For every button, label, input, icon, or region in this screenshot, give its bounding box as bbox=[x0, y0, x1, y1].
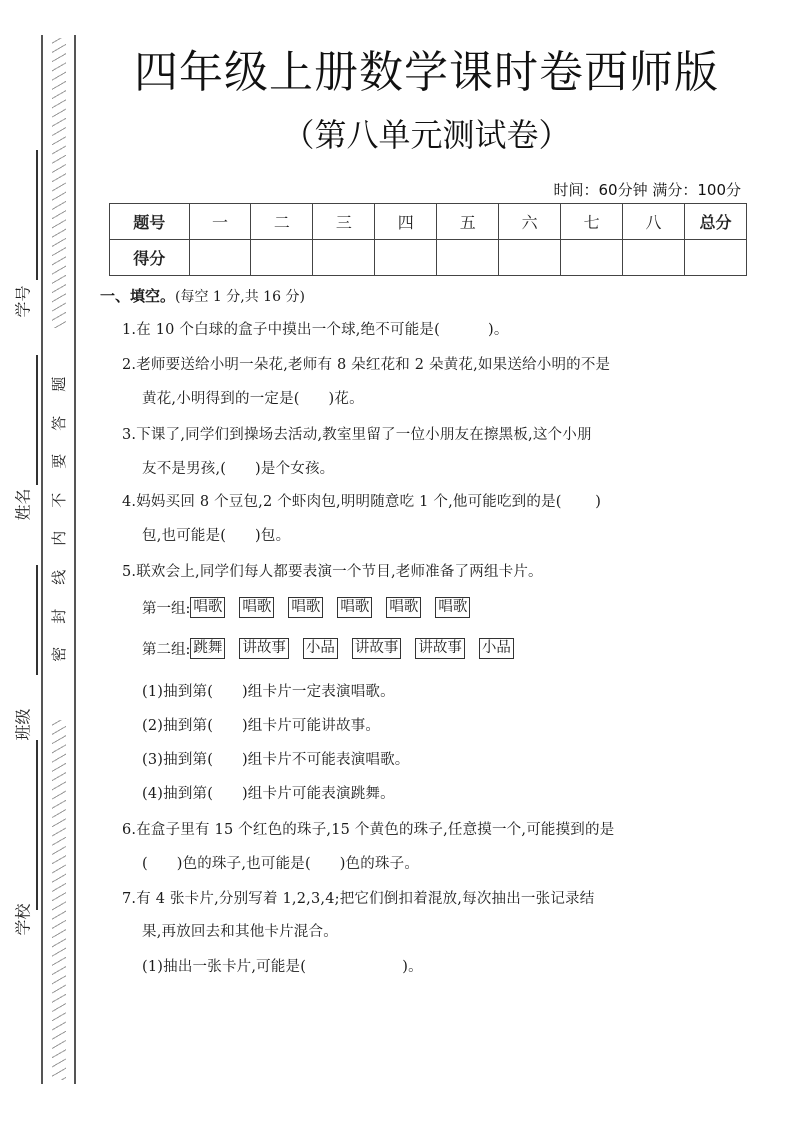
seal-char: 不 bbox=[41, 493, 80, 508]
seal-char: 封 bbox=[41, 608, 80, 623]
card: 唱歌 bbox=[386, 597, 421, 618]
page-subtitle: （第八单元测试卷） bbox=[0, 110, 793, 156]
score-cell[interactable] bbox=[561, 240, 623, 276]
card: 小品 bbox=[479, 638, 514, 659]
student-number-label: 学号 bbox=[11, 286, 34, 318]
column-header: 五 bbox=[437, 204, 499, 240]
column-header: 七 bbox=[561, 204, 623, 240]
question-5-sub-3: (3)抽到第( )组卡片不可能表演唱歌。 bbox=[142, 748, 410, 769]
score-table-header-row: 题号 一 二 三 四 五 六 七 八 总分 bbox=[110, 204, 747, 240]
card: 唱歌 bbox=[288, 597, 323, 618]
row-label-question-number: 题号 bbox=[110, 204, 190, 240]
question-7-sub-1: (1)抽出一张卡片,可能是( )。 bbox=[142, 955, 423, 976]
section-title: 一、填空。 bbox=[100, 287, 175, 305]
exam-time-score: 时间：60分钟 满分：100分 bbox=[554, 179, 742, 200]
class-line[interactable] bbox=[36, 565, 38, 675]
question-7-line-1: 7.有 4 张卡片,分别写着 1,2,3,4;把它们倒扣着混放,每次抽出一张记录… bbox=[122, 887, 594, 908]
score-table-score-row: 得分 bbox=[110, 240, 747, 276]
question-2-line-1: 2.老师要送给小明一朵花,老师有 8 朵红花和 2 朵黄花,如果送给小明的不是 bbox=[122, 353, 610, 374]
page-title: 四年级上册数学课时卷西师版 bbox=[0, 36, 793, 100]
section-note: (每空 1 分,共 16 分) bbox=[175, 289, 305, 305]
student-name-label: 姓名 bbox=[11, 489, 34, 521]
card: 唱歌 bbox=[435, 597, 470, 618]
student-name-line[interactable] bbox=[36, 355, 38, 485]
student-name-field[interactable]: 姓名 bbox=[6, 355, 38, 535]
question-2-line-2: 黄花,小明得到的一定是( )花。 bbox=[142, 387, 364, 408]
column-header: 四 bbox=[375, 204, 437, 240]
column-header-total: 总分 bbox=[685, 204, 747, 240]
question-4-line-1: 4.妈妈买回 8 个豆包,2 个虾肉包,明明随意吃 1 个,他可能吃到的是( ) bbox=[122, 490, 601, 511]
binding-hatch-bottom bbox=[52, 720, 66, 1080]
seal-char: 题 bbox=[41, 377, 80, 392]
column-header: 二 bbox=[251, 204, 313, 240]
question-5-sub-2: (2)抽到第( )组卡片可能讲故事。 bbox=[142, 714, 380, 735]
score-table: 题号 一 二 三 四 五 六 七 八 总分 得分 bbox=[109, 203, 747, 276]
score-cell[interactable] bbox=[189, 240, 251, 276]
score-cell-total[interactable] bbox=[685, 240, 747, 276]
question-4-line-2: 包,也可能是( )包。 bbox=[142, 524, 290, 545]
question-3-line-2: 友不是男孩,( )是个女孩。 bbox=[142, 457, 334, 478]
card-group-1: 第一组: 唱歌 唱歌 唱歌 唱歌 唱歌 唱歌 bbox=[142, 597, 470, 618]
column-header: 六 bbox=[499, 204, 561, 240]
score-cell[interactable] bbox=[437, 240, 499, 276]
card-group-2-label: 第二组: bbox=[142, 638, 190, 659]
card: 讲故事 bbox=[415, 638, 465, 659]
card-group-2: 第二组: 跳舞 讲故事 小品 讲故事 讲故事 小品 bbox=[142, 638, 514, 659]
seal-char: 内 bbox=[41, 531, 80, 546]
card: 唱歌 bbox=[337, 597, 372, 618]
score-cell[interactable] bbox=[251, 240, 313, 276]
card: 讲故事 bbox=[239, 638, 289, 659]
question-6-line-2: ( )色的珠子,也可能是( )色的珠子。 bbox=[142, 852, 419, 873]
question-7-line-2: 果,再放回去和其他卡片混合。 bbox=[142, 920, 338, 941]
row-label-score: 得分 bbox=[110, 240, 190, 276]
card: 唱歌 bbox=[239, 597, 274, 618]
score-cell[interactable] bbox=[313, 240, 375, 276]
card: 跳舞 bbox=[190, 638, 225, 659]
card-group-1-label: 第一组: bbox=[142, 597, 190, 618]
binding-line-inner bbox=[74, 35, 76, 1084]
school-field[interactable]: 学校 bbox=[6, 740, 38, 940]
question-5-sub-1: (1)抽到第( )组卡片一定表演唱歌。 bbox=[142, 680, 395, 701]
question-1: 1.在 10 个白球的盒子中摸出一个球,绝不可能是( )。 bbox=[122, 318, 509, 339]
question-5-sub-4: (4)抽到第( )组卡片可能表演跳舞。 bbox=[142, 782, 395, 803]
question-5: 5.联欢会上,同学们每人都要表演一个节目,老师准备了两组卡片。 bbox=[122, 560, 543, 581]
card: 讲故事 bbox=[352, 638, 402, 659]
question-3-line-1: 3.下课了,同学们到操场去活动,教室里留了一位小朋友在擦黑板,这个小朋 bbox=[122, 423, 592, 444]
class-label: 班级 bbox=[11, 709, 34, 741]
binding-line-outer bbox=[41, 35, 43, 1084]
column-header: 八 bbox=[623, 204, 685, 240]
student-number-field[interactable]: 学号 bbox=[6, 150, 38, 330]
seal-line-notice: 题 答 要 不 内 线 封 密 bbox=[50, 365, 70, 674]
score-cell[interactable] bbox=[375, 240, 437, 276]
seal-char: 答 bbox=[41, 415, 80, 430]
column-header: 三 bbox=[313, 204, 375, 240]
column-header: 一 bbox=[189, 204, 251, 240]
school-line[interactable] bbox=[36, 740, 38, 910]
seal-char: 要 bbox=[41, 454, 80, 469]
seal-char: 密 bbox=[41, 647, 80, 662]
class-field[interactable]: 班级 bbox=[6, 565, 38, 755]
card: 唱歌 bbox=[190, 597, 225, 618]
card: 小品 bbox=[303, 638, 338, 659]
section-heading: 一、填空。(每空 1 分,共 16 分) bbox=[100, 285, 305, 306]
question-6-line-1: 6.在盒子里有 15 个红色的珠子,15 个黄色的珠子,任意摸一个,可能摸到的是 bbox=[122, 818, 614, 839]
student-number-line[interactable] bbox=[36, 150, 38, 280]
score-cell[interactable] bbox=[623, 240, 685, 276]
school-label: 学校 bbox=[11, 904, 34, 936]
score-cell[interactable] bbox=[499, 240, 561, 276]
seal-char: 线 bbox=[41, 570, 80, 585]
